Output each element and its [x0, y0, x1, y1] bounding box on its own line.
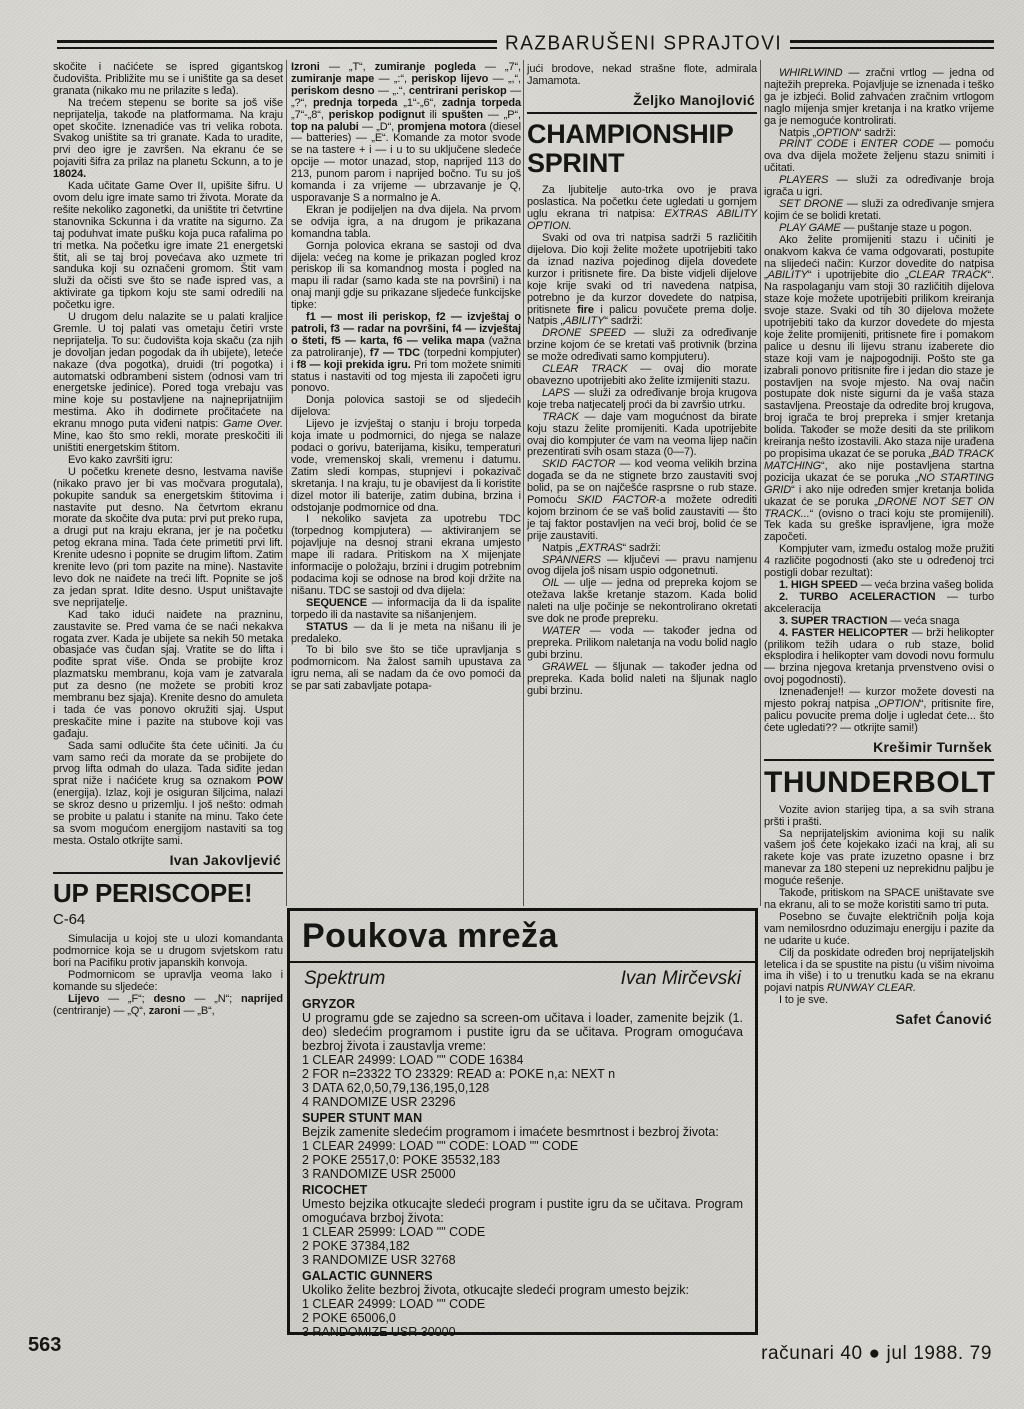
paragraph: Svaki od ova tri natpisa sadrži 5 različ…	[527, 233, 757, 328]
page-header-title: RAZBARUŠENI SPRAJTOVI	[505, 32, 782, 56]
code-line: 1 CLEAR 25999: LOAD "" CODE	[302, 1225, 743, 1239]
page-number-left: 563	[28, 1334, 61, 1357]
game-description: U programu gde se zajedno sa screen-om u…	[302, 1011, 743, 1053]
code-line: 1 CLEAR 24999: LOAD "" CODE: LOAD "" COD…	[302, 1139, 743, 1153]
code-line: 3 RANDOMIZE USR 32768	[302, 1253, 743, 1267]
text-column-1: skočite i naćićete se ispred gigantskog …	[53, 62, 283, 1018]
game-title: GALACTIC GUNNERS	[302, 1269, 743, 1283]
author-byline: Željko Manojlović	[527, 95, 755, 107]
paragraph: Donja polovica sastoji se od sljedećih d…	[291, 395, 521, 419]
column-divider	[286, 60, 287, 906]
paragraph: U drugom delu nalazite se u palati kralj…	[53, 312, 283, 455]
paragraph: PLAYERS — služi za određivanje broja igr…	[764, 175, 994, 199]
code-line: 3 DATA 62,0,50,79,136,195,0,128	[302, 1081, 743, 1095]
paragraph: Gornja polovica ekrana se sastoji od dva…	[291, 241, 521, 312]
author-byline: Safet Ćanović	[764, 1014, 992, 1026]
tips-box-title-rule	[290, 961, 755, 963]
code-line: 2 POKE 25517,0: POKE 35532,183	[302, 1153, 743, 1167]
text-column-3: jući brodove, nekad strašne flote, admir…	[527, 64, 757, 697]
code-line: 3 RANDOMIZE USR 30000	[302, 1325, 743, 1339]
paragraph: 2. TURBO ACELERACTION — turbo akceleraci…	[764, 592, 994, 616]
paragraph: U početku krenete desno, lestvama naviše…	[53, 467, 283, 610]
page-header: RAZBARUŠENI SPRAJTOVI	[57, 33, 994, 55]
paragraph: jući brodove, nekad strašne flote, admir…	[527, 64, 757, 88]
code-line: 2 FOR n=23322 TO 23329: READ a: POKE n,a…	[302, 1067, 743, 1081]
code-line: 1 CLEAR 24999: LOAD "" CODE 16384	[302, 1053, 743, 1067]
paragraph: STATUS — da li je meta na nišanu ili je …	[291, 622, 521, 646]
paragraph: Lijevo — „F“; desno — „N“; naprijed (cen…	[53, 994, 283, 1018]
code-line: 2 POKE 65006,0	[302, 1311, 743, 1325]
paragraph: Podmornicom se upravlja veoma lako i kom…	[53, 970, 283, 994]
paragraph: Izroni — „T“, zumiranje pogleda — „7“, z…	[291, 62, 521, 205]
game-description: Bejzik zamenite sledećim programom i ima…	[302, 1125, 743, 1139]
tips-box-header: Spektrum Ivan Mirčevski	[304, 968, 741, 990]
paragraph: Posebno se čuvajte električnih polja koj…	[764, 912, 994, 948]
code-line: 4 RANDOMIZE USR 23296	[302, 1095, 743, 1109]
platform-label: C-64	[53, 914, 283, 926]
section-divider	[764, 759, 994, 761]
paragraph: Kad tako idući naiđete na prazninu, zaus…	[53, 610, 283, 741]
paragraph: SEQUENCE — informacija da li da ispalite…	[291, 598, 521, 622]
paragraph: DRONE SPEED — služi za određivanje brzin…	[527, 328, 757, 364]
code-line: 2 POKE 37384,182	[302, 1239, 743, 1253]
paragraph: Za ljubitelje auto-trka ovo je prava pos…	[527, 185, 757, 233]
paragraph: GRAWEL — šljunak — također jedna od prep…	[527, 662, 757, 698]
section-divider	[527, 112, 757, 114]
game-description: Umesto bejzika otkucajte sledeći program…	[302, 1197, 743, 1225]
paragraph: CLEAR TRACK — ovaj dio morate obavezno u…	[527, 364, 757, 388]
game-title: SUPER STUNT MAN	[302, 1111, 743, 1125]
magazine-footer-line: računari 40 ● jul 1988. 79	[761, 1343, 992, 1365]
author-byline: Ivan Jakovljević	[53, 855, 281, 867]
header-rule-right	[790, 40, 994, 49]
tips-box-title: Poukova mreža	[302, 917, 743, 956]
paragraph: Sada sami odlučite šta ćete učiniti. Ja …	[53, 741, 283, 848]
paragraph: Kada učitate Game Over II, upišite šifru…	[53, 181, 283, 312]
paragraph: LAPS — služi za određivanje broja krugov…	[527, 388, 757, 412]
paragraph: Ako želite promijeniti stazu i učiniti j…	[764, 235, 994, 545]
paragraph: Simulacija u kojoj ste u ulozi komandant…	[53, 934, 283, 970]
paragraph: PRINT CODE i ENTER CODE — pomoću ova dva…	[764, 139, 994, 175]
article-title: THUNDERBOLT	[764, 767, 994, 799]
code-line: 3 RANDOMIZE USR 25000	[302, 1167, 743, 1181]
paragraph: Sa neprijateljskim avionima koji su nali…	[764, 829, 994, 889]
game-title: GRYZOR	[302, 997, 743, 1011]
magazine-page: RAZBARUŠENI SPRAJTOVI skočite i naćićete…	[0, 0, 1024, 1409]
paragraph: OIL — ulje — jedna od prepreka kojom se …	[527, 578, 757, 626]
section-divider	[53, 872, 283, 874]
paragraph: Na trećem stepenu se borite sa još više …	[53, 98, 283, 181]
paragraph: To bi bilo sve što se tiče upravljanja s…	[291, 645, 521, 693]
poukova-mreza-box: Poukova mreža Spektrum Ivan Mirčevski GR…	[287, 908, 758, 1335]
paragraph: TRACK — daje vam mogućnost da birate koj…	[527, 412, 757, 460]
paragraph: f1 — most ili periskop, f2 — izvještaj o…	[291, 312, 521, 395]
paragraph: SET DRONE — služi za određivanje smjera …	[764, 199, 994, 223]
paragraph: Vozite avion starijeg tipa, a sa svih st…	[764, 805, 994, 829]
game-title: RICOCHET	[302, 1183, 743, 1197]
paragraph: Ekran je podijeljen na dva dijela. Na pr…	[291, 205, 521, 241]
paragraph: Lijevo je izvještaj o stanju i broju tor…	[291, 419, 521, 514]
article-title: UP PERISCOPE!	[53, 880, 283, 908]
code-line: 1 CLEAR 24999: LOAD "" CODE	[302, 1297, 743, 1311]
author-byline: Krešimir Turnšek	[764, 742, 992, 754]
paragraph: Takođe, pritiskom na SPACE uništavate sv…	[764, 888, 994, 912]
paragraph: I to je sve.	[764, 995, 994, 1007]
tips-box-body: GRYZORU programu gde se zajedno sa scree…	[302, 997, 743, 1339]
text-column-2: Izroni — „T“, zumiranje pogleda — „7“, z…	[291, 62, 521, 693]
column-divider	[760, 60, 761, 906]
paragraph: Kompjuter vam, između ostalog može pruži…	[764, 544, 994, 580]
game-description: Ukoliko želite bezbroj života, otkucajte…	[302, 1283, 743, 1297]
paragraph: SKID FACTOR — kod veoma velikih brzina d…	[527, 459, 757, 542]
paragraph: 4. FASTER HELICOPTER — brži helikopter (…	[764, 628, 994, 688]
paragraph: WHIRLWIND — zračni vrtlog — jedna od naj…	[764, 68, 994, 128]
paragraph: WATER — voda — također jedna od prepreka…	[527, 626, 757, 662]
paragraph: SPANNERS — ključevi — pravu namjenu ovog…	[527, 555, 757, 579]
text-column-4: WHIRLWIND — zračni vrtlog — jedna od naj…	[764, 68, 994, 1031]
tips-platform-label: Spektrum	[304, 968, 385, 990]
paragraph: I nekoliko savjeta za upotrebu TDC (torp…	[291, 514, 521, 597]
paragraph: Iznenađenje!! — kurzor možete dovesti na…	[764, 687, 994, 735]
paragraph: skočite i naćićete se ispred gigantskog …	[53, 62, 283, 98]
paragraph: Cilj da poskidate određen broj neprijate…	[764, 948, 994, 996]
header-rule-left	[57, 40, 497, 49]
column-divider	[523, 60, 524, 906]
tips-author-byline: Ivan Mirčevski	[621, 968, 741, 990]
article-title: CHAMPIONSHIP SPRINT	[527, 120, 757, 178]
